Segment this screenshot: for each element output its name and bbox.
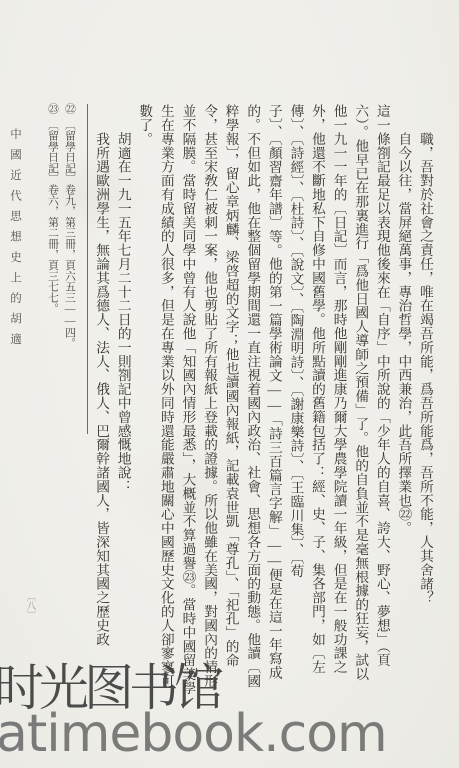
text-column: 這一條劄記最足以表現他後來在「自序」中所說的「少年人的自喜、誇大、野心、夢想」（… (371, 104, 393, 704)
text-column: 他一九一一年的〔日記〕而言，那時他剛剛進康乃爾大學農學院讀一年級，但是在一般功課… (328, 104, 350, 704)
text-column: 我所遇歐洲學生，無論其爲德人、法人、俄人、巴爾幹諸國人，皆深知其國之歷史政 (91, 104, 113, 704)
text-column: 生在專業方面有成績的人很多，但是在專業以外同時還能嚴肅地關心中國歷史文化的人卻寥… (155, 104, 177, 704)
footnote-block: ㉒ 〔留學日記〕卷九，第三冊，頁六五三——四。 ㉓ 〔留學日記〕卷六，第二冊，頁… (44, 103, 78, 433)
text-column: 傳〕、〔詩經〕、〔杜詩〕、〔說文〕、〔陶淵明詩〕、〔謝康樂詩〕、〔王臨川集〕、〔… (285, 104, 307, 704)
text-column: 職，吾對於社會之責任，唯在竭吾所能，爲吾所能爲，吾所不能，人其舍諸？ (414, 104, 436, 704)
watermark-url: atimebook.com (0, 704, 387, 764)
scan-page: 中國近代思想史上的胡適 〔八〕 職，吾對於社會之責任，唯在竭吾所能，爲吾所能爲，… (0, 0, 459, 768)
footnote-divider (87, 104, 88, 434)
text-column: 粹學報〕，留心章炳麟、梁啓超的文字；他也讀國內報紙，記載袁世凱「尊孔」、「祀孔」… (220, 104, 242, 704)
text-column: 胡適在一九一五年七月二十二日的一則劄記中曾感慨地說： (112, 104, 134, 704)
text-column: 數了。 (134, 104, 156, 704)
text-column: 令，甚至宋敎仁被刺一案，他也剪貼了所有報紙上登載的證據。所以他雖在美國，對國內的… (198, 104, 220, 704)
text-column: 並不隔膜。當時留美同學中曾有人說他「知國內情形最悉」，大概並不算過譽㉓。當時中國… (177, 104, 199, 704)
page-number: 〔八〕 (25, 592, 38, 619)
main-text-block: 職，吾對於社會之責任，唯在竭吾所能，爲吾所能爲，吾所不能，人其舍諸？ 自今以往，… (89, 104, 436, 704)
footnote-entry: ㉒ 〔留學日記〕卷九，第三冊，頁六五三——四。 (61, 103, 78, 433)
text-column: 外，他還不斷地私下自修中國舊學。他所點讀的舊籍包括了：經、史、子、集各部門，如〔… (306, 104, 328, 704)
text-column: 自今以往，當屏絕萬事，專治哲學，中西兼治，此吾所擇業也㉒。 (393, 104, 415, 704)
text-column: 六）。他早已在那裏進行「爲他日國人導師之預備」了。他的自負並不是毫無根據的狂妄，… (350, 104, 372, 704)
text-column: 子〕、〔顏習齋年譜〕等。他的第一篇學術論文——「詩三百篇言字解」——便是在這一年… (263, 104, 285, 704)
book-margin-title: 中國近代思想史上的胡適 (7, 128, 23, 354)
footnote-entry: ㉓ 〔留學日記〕卷六，第二冊，頁三七七。 (44, 103, 61, 433)
text-column: 的。不但如此，他在整個留學期間還一直注視着國內政治、社會、思想各方面的動態。他讀… (242, 104, 264, 704)
